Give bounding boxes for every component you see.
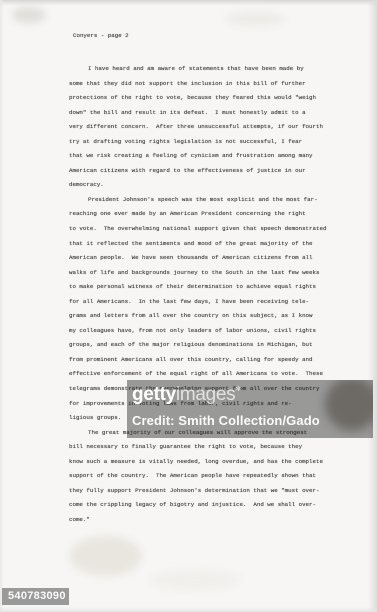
document-line: for all Americans. In the last few days,… <box>69 295 349 310</box>
document-line: to make personal witness of their determ… <box>69 280 349 295</box>
image-id-badge: 540783090 <box>2 588 69 605</box>
page-header: Conyers - page 2 <box>73 32 129 39</box>
paper-edge-bottom <box>0 607 377 612</box>
document-line: down" the bill and result in its defeat.… <box>69 106 349 121</box>
document-line: bill necessary to finally guarantee the … <box>69 440 349 455</box>
paper-edge-top <box>0 0 377 6</box>
paper-edge-left <box>0 0 4 612</box>
paper-smudge <box>12 7 46 23</box>
paper-smudge <box>150 570 240 590</box>
document-line: President Johnson's speech was the most … <box>69 193 349 208</box>
photo-shadow-blob <box>325 380 373 431</box>
document-line: come the crippling legacy of bigotry and… <box>69 498 349 513</box>
document-line: that it reflected the sentiments and moo… <box>69 237 349 252</box>
document-line: American citizens with regard to the eff… <box>69 164 349 179</box>
document-line: that we risk creating a feeling of cynic… <box>69 149 349 164</box>
document-line: support of the country. The American peo… <box>69 469 349 484</box>
document-line: some that they did not support the inclu… <box>69 77 349 92</box>
document-body: I have heard and am aware of statements … <box>69 62 349 528</box>
logo-trademark-icon: ✱ <box>235 386 241 393</box>
document-line: they fully support President Johnson's d… <box>69 484 349 499</box>
document-line: I have heard and am aware of statements … <box>69 62 349 77</box>
document-line: try at drafting voting rights legislatio… <box>69 135 349 150</box>
paper-smudge <box>70 536 142 576</box>
document-line: very different concern. After three unsu… <box>69 120 349 135</box>
document-line: American people. We have seen thousands … <box>69 251 349 266</box>
logo-getty-text: getty <box>132 384 176 405</box>
document-line: grams and letters from all over the coun… <box>69 309 349 324</box>
paper-edge-right <box>368 0 377 612</box>
gettyimages-logo: gettyimages✱ <box>132 384 241 408</box>
document-line: know such a measure is vitally needed, l… <box>69 455 349 470</box>
document-line: come." <box>69 513 349 528</box>
watermark-credit-line: Credit: Smith Collection/Gado <box>132 413 320 428</box>
document-line: from prominent Americans all over this c… <box>69 353 349 368</box>
stock-photo-of-document: Conyers - page 2 I have heard and am awa… <box>0 0 377 612</box>
document-line: protections of the right to vote, becaus… <box>69 91 349 106</box>
document-line: my colleagues have, from not only leader… <box>69 324 349 339</box>
document-line: democracy. <box>69 178 349 193</box>
document-line: walks of life and backgrounds journey to… <box>69 266 349 281</box>
document-line: groups, and each of the major religious … <box>69 338 349 353</box>
logo-images-text: images <box>176 384 235 405</box>
getty-watermark-band: gettyimages✱ Credit: Smith Collection/Ga… <box>127 380 373 438</box>
paper-smudge <box>225 12 285 26</box>
document-line: to vote. The overwhelming national suppo… <box>69 222 349 237</box>
document-line: reaching one ever made by an American Pr… <box>69 207 349 222</box>
